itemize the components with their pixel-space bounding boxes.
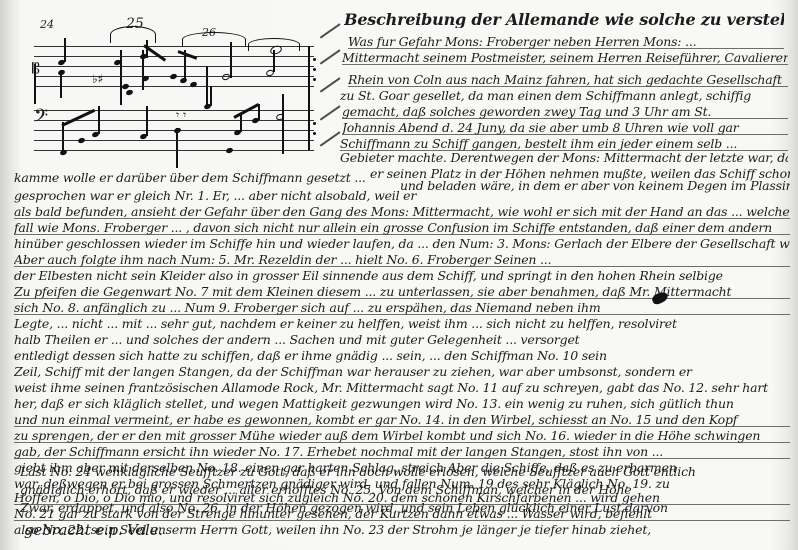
body-line: sich No. 8. anfänglich zu ... Num 9. Fro…	[14, 300, 790, 316]
header-line: Johannis Abend d. 24 Juny, da sie aber u…	[342, 120, 788, 136]
body-line: Legte, ... nicht ... mit ... sehr gut, n…	[14, 316, 790, 332]
measure-number-24: 24	[40, 18, 54, 31]
header-line: Mittermacht seinem Postmeister, seinem H…	[342, 50, 788, 66]
body-line: entledigt dessen sich hatte zu schiffen,…	[14, 348, 790, 364]
body-line: weist ihme seinen frantzösischen Allamod…	[14, 380, 790, 396]
body-line: gnädiglich erhört, daß er wieder ... all…	[20, 482, 790, 498]
body-line: Zwar, erdappet, und also No. 26. in der …	[20, 500, 790, 516]
body-line: Zeil, Schiff mit der langen Stangen, da …	[14, 364, 790, 380]
description-header: Beschreibung der Allemande wie solche zu…	[338, 0, 788, 170]
bass-clef-icon: 𝄢	[34, 108, 48, 130]
body-line: und nun einmal vermeint, er habe es gewo…	[14, 412, 790, 428]
header-line: Rhein von Coln aus nach Mainz fahren, ha…	[348, 72, 788, 88]
document-title: Beschreibung der Allemande wie solche zu…	[344, 12, 784, 28]
header-line: Was fur Gefahr Mons: Froberger neben Her…	[348, 34, 784, 50]
description-ending: Läst No. 24 wehklagliche Seufftzer zu Go…	[0, 460, 798, 550]
body-line: Aber auch folgte ihm nach Num: 5. Mr. Re…	[14, 252, 790, 268]
header-line: gemacht, daß solches geworden zwey Tag u…	[342, 104, 788, 120]
body-line: her, daß er sich kläglich stellet, und w…	[14, 396, 790, 412]
body-line: halb Theilen er ... und solches der ande…	[14, 332, 790, 348]
body-line: als bald befunden, ansieht der Gefahr üb…	[14, 204, 790, 220]
body-line: fall wie Mons. Froberger ... , davon sic…	[14, 220, 790, 236]
body-line: hinüber geschlossen wieder im Schiffe hi…	[14, 236, 790, 252]
body-line: Läst No. 24 wehklagliche Seufftzer zu Go…	[20, 464, 790, 480]
body-line: Zu pfeifen die Gegenwart No. 7 mit dem K…	[14, 284, 790, 300]
manuscript-page: 24 25 26 𝄡 𝄢 ♭♯	[0, 0, 798, 550]
body-line: zu sprengen, der er den mit grosser Mühe…	[14, 428, 790, 444]
music-score: 24 25 26 𝄡 𝄢 ♭♯	[30, 10, 320, 160]
body-line: gesprochen war er gleich Nr. 1. Er, ... …	[14, 188, 790, 204]
header-line: zu St. Goar gesellet, da man einen dem S…	[340, 88, 788, 104]
body-line: der Elbesten nicht sein Kleider also in …	[14, 268, 790, 284]
body-line: gab, der Schiffmann ersicht ihn wieder N…	[14, 444, 790, 460]
repeat-barline	[308, 46, 310, 150]
closing-line: gebracht e.p. Vale.	[24, 522, 284, 538]
body-line: kamme wolle er darüber über dem Schiffma…	[14, 170, 374, 186]
